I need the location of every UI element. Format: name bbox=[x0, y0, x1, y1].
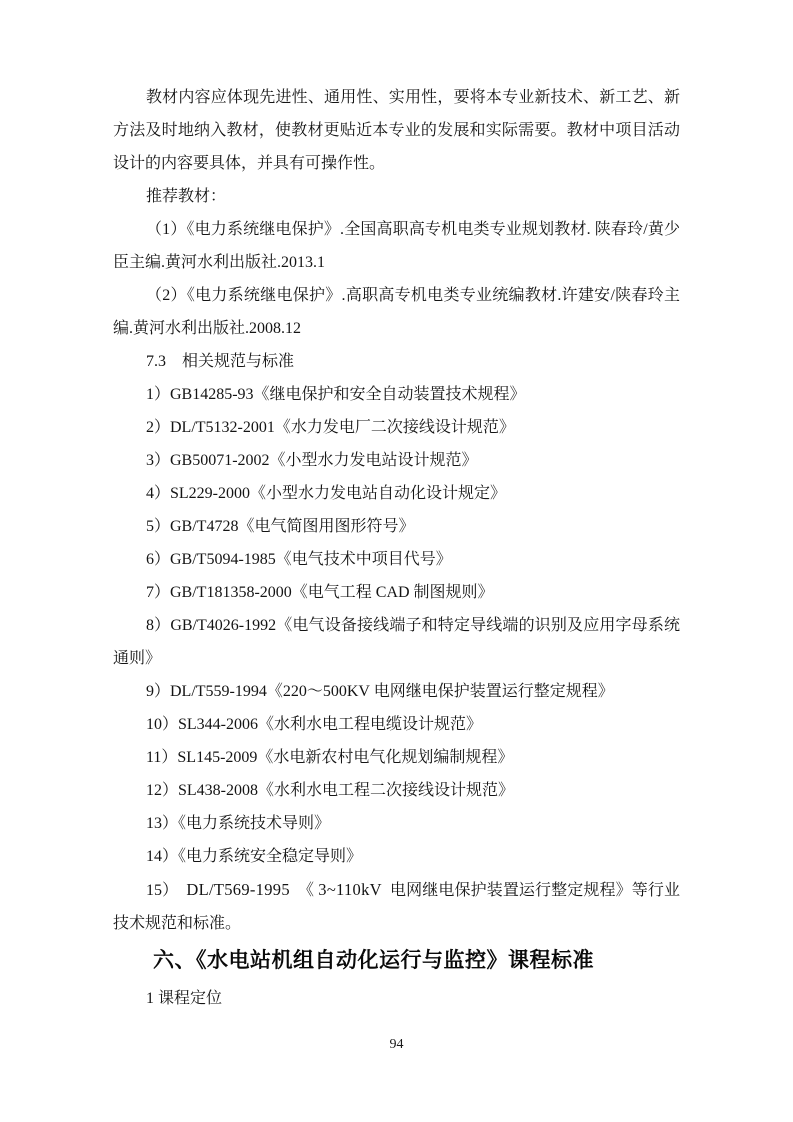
section-title-7-3: 7.3 相关规范与标准 bbox=[113, 345, 680, 378]
standard-item-3: 3）GB50071-2002《小型水力发电站设计规范》 bbox=[113, 444, 680, 477]
standard-item-12: 12）SL438-2008《水利水电工程二次接线设计规范》 bbox=[113, 774, 680, 807]
standard-item-7: 7）GB/T181358-2000《电气工程 CAD 制图规则》 bbox=[113, 576, 680, 609]
standard-item-15: 15） DL/T569-1995 《 3~110kV 电网继电保护装置运行整定规… bbox=[113, 873, 680, 940]
recommended-textbooks-label: 推荐教材： bbox=[113, 180, 680, 213]
standard-item-13: 13）《电力系统技术导则》 bbox=[113, 807, 680, 840]
standard-item-4: 4）SL229-2000《小型水力发电站自动化设计规定》 bbox=[113, 477, 680, 510]
intro-paragraph: 教材内容应体现先进性、通用性、实用性，要将本专业新技术、新工艺、新方法及时地纳入… bbox=[113, 81, 680, 180]
standard-item-15-code: DL/T569-1995 bbox=[186, 880, 290, 899]
standard-item-9: 9）DL/T559-1994《220～500KV 电网继电保护装置运行整定规程》 bbox=[113, 675, 680, 708]
textbook-item-1: （1）《电力系统继电保护》.全国高职高专机电类专业规划教材. 陕春玲/黄少臣主编… bbox=[113, 213, 680, 279]
standard-item-15-voltage-range: 3~110kV bbox=[318, 880, 382, 899]
standard-item-6: 6）GB/T5094-1985《电气技术中项目代号》 bbox=[113, 543, 680, 576]
standard-item-8: 8）GB/T4026-1992《电气设备接线端子和特定导线端的识别及应用字母系统… bbox=[113, 609, 680, 675]
standard-item-15-number: 15） bbox=[146, 882, 178, 899]
standard-item-15-open-bracket: 《 bbox=[298, 882, 314, 899]
standard-item-5: 5）GB/T4728《电气简图用图形符号》 bbox=[113, 510, 680, 543]
page-number: 94 bbox=[0, 1036, 793, 1054]
standard-item-1: 1）GB14285-93《继电保护和安全自动装置技术规程》 bbox=[113, 378, 680, 411]
standard-item-11: 11）SL145-2009《水电新农村电气化规划编制规程》 bbox=[113, 741, 680, 774]
subsection-title: 1 课程定位 bbox=[113, 982, 680, 1015]
chapter-heading: 六、《水电站机组自动化运行与监控》课程标准 bbox=[113, 940, 680, 982]
standard-item-14: 14）《电力系统安全稳定导则》 bbox=[113, 840, 680, 873]
standard-item-2: 2）DL/T5132-2001《水力发电厂二次接线设计规范》 bbox=[113, 411, 680, 444]
standard-item-10: 10）SL344-2006《水利水电工程电缆设计规范》 bbox=[113, 708, 680, 741]
page-body: 教材内容应体现先进性、通用性、实用性，要将本专业新技术、新工艺、新方法及时地纳入… bbox=[113, 81, 680, 1015]
textbook-item-2: （2）《电力系统继电保护》.高职高专机电类专业统编教材.许建安/陕春玲主编.黄河… bbox=[113, 279, 680, 345]
document-page: 教材内容应体现先进性、通用性、实用性，要将本专业新技术、新工艺、新方法及时地纳入… bbox=[0, 0, 793, 1122]
